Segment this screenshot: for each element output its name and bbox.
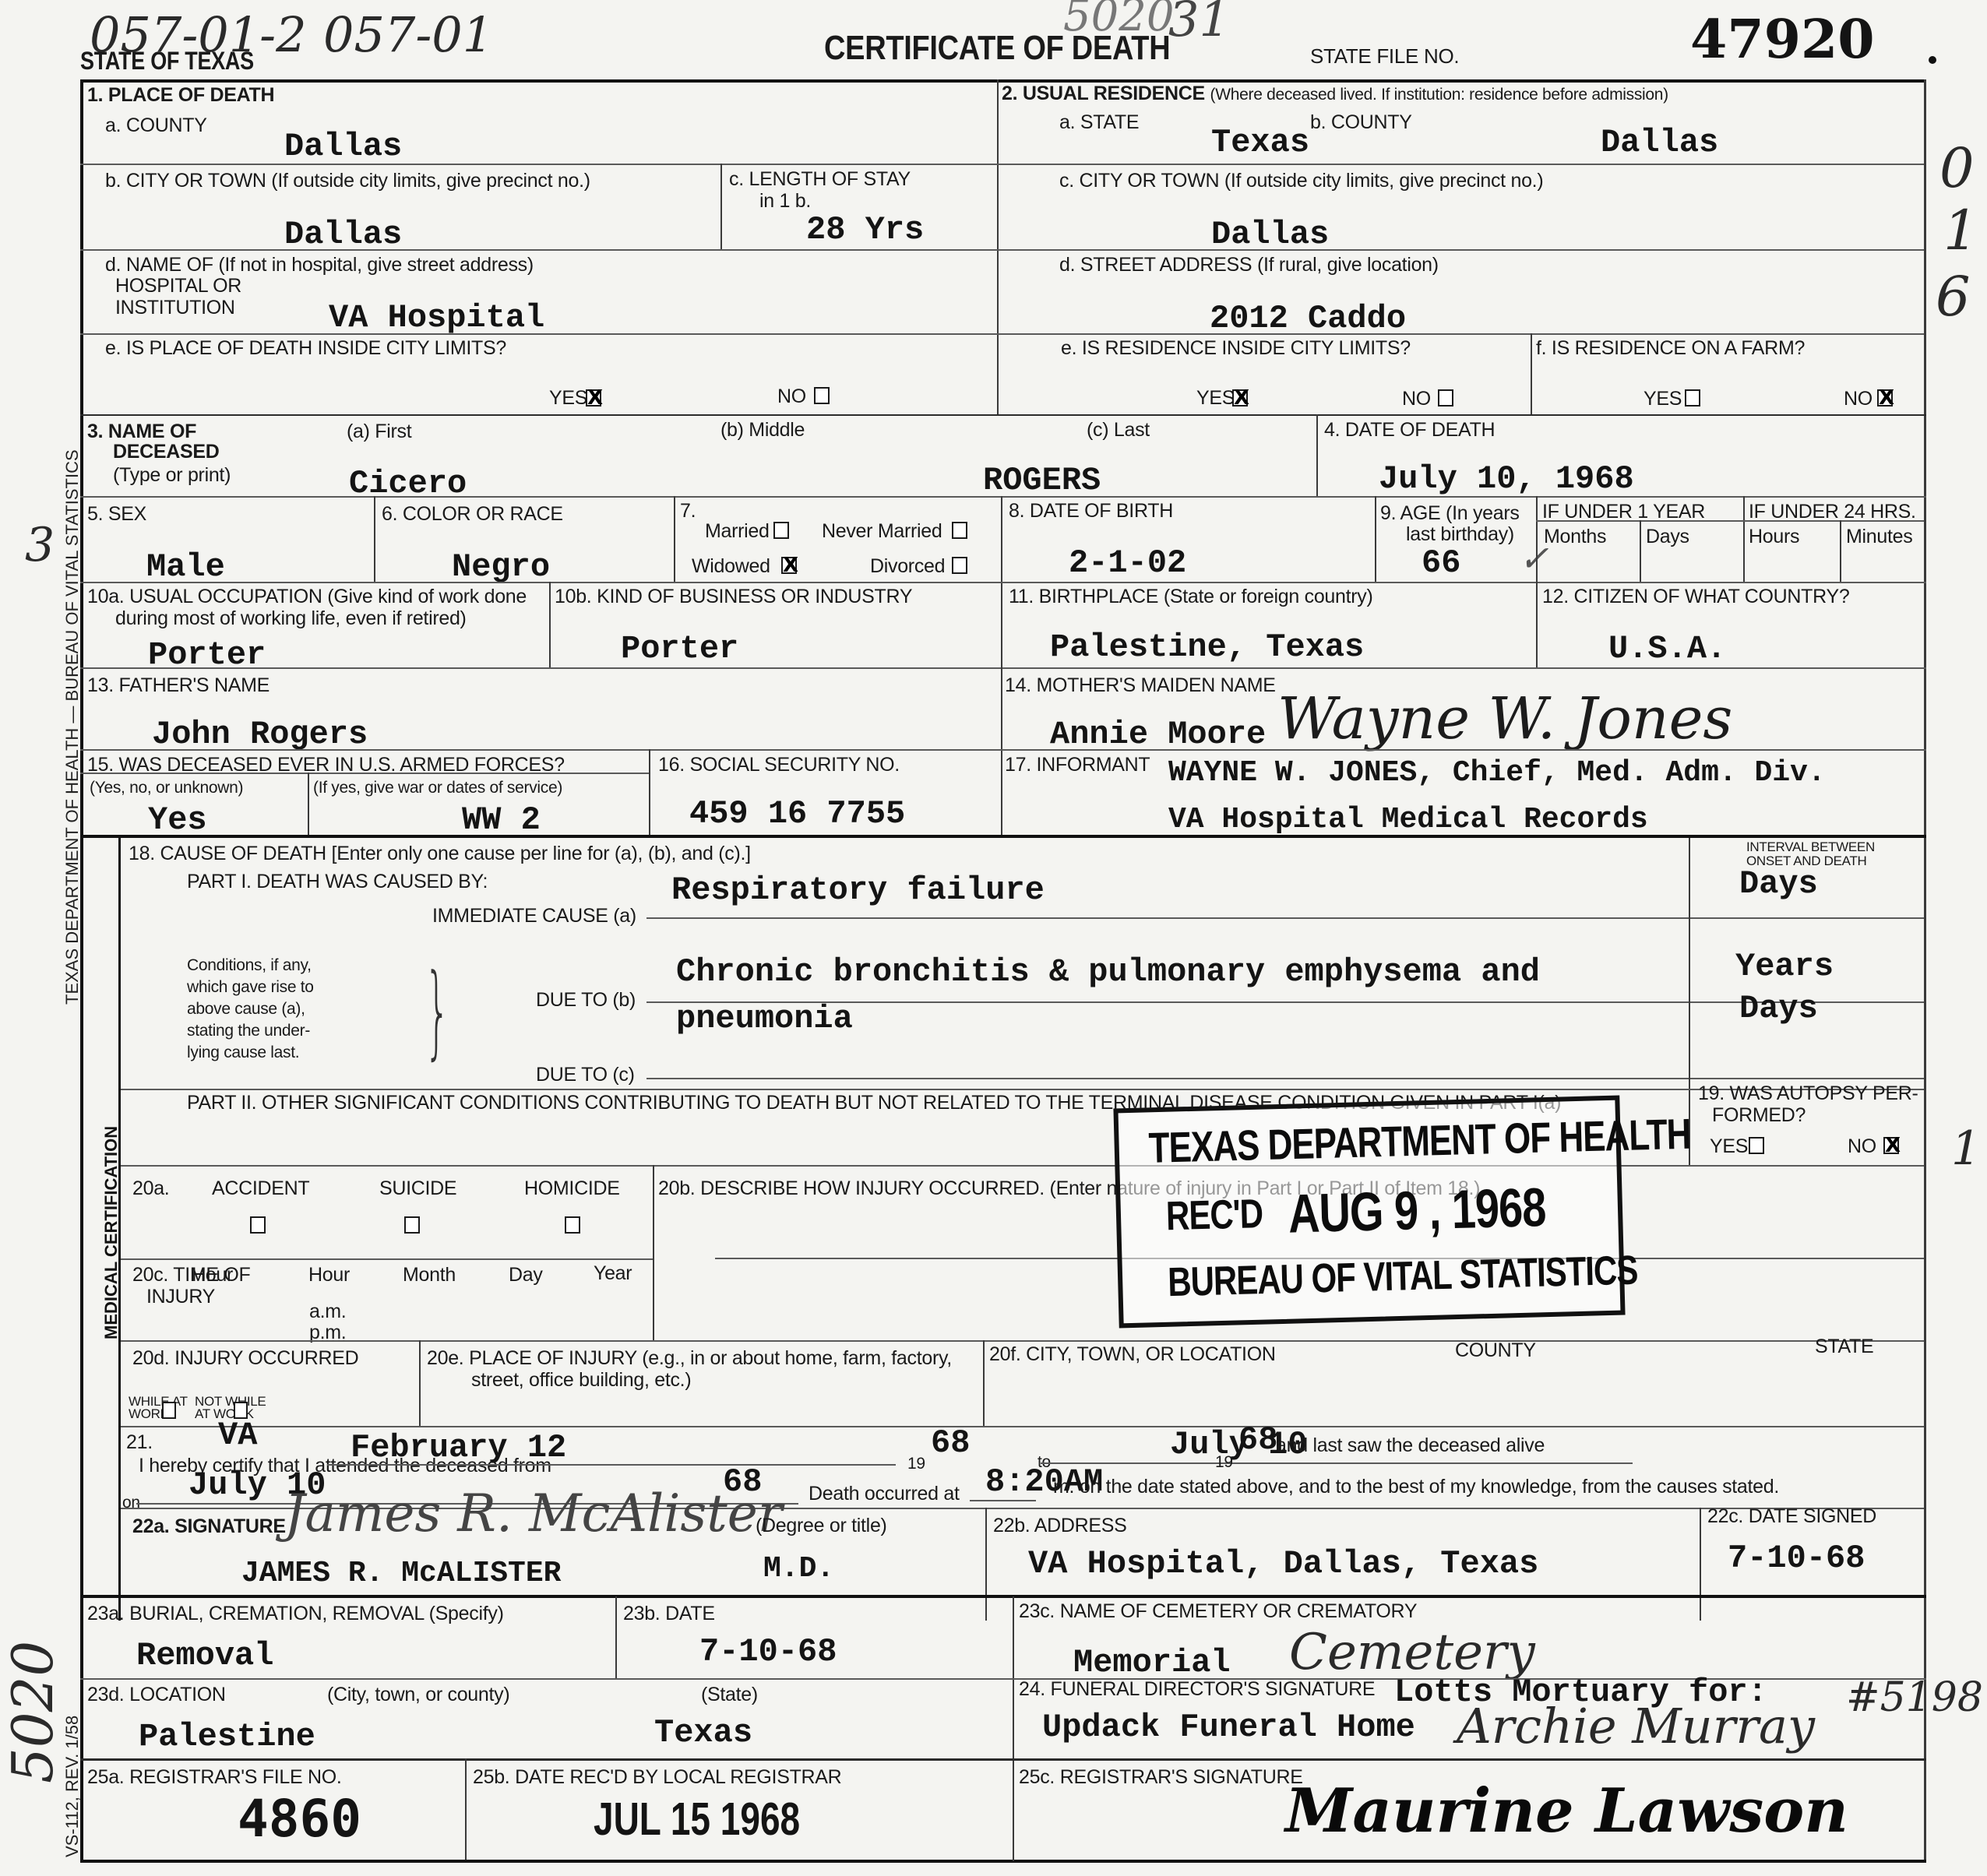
name-of-deceased-label-3: (Type or print): [113, 464, 231, 486]
section-rule: [80, 1595, 1926, 1598]
inside-limits-label: e. IS PLACE OF DEATH INSIDE CITY LIMITS?: [105, 337, 506, 359]
row-rule: [997, 164, 1924, 165]
usual-residence-title: 2. USUAL RESIDENCE: [1002, 83, 1205, 104]
industry-value: Porter: [621, 631, 738, 667]
day-label: Day: [509, 1264, 543, 1286]
sex-label: 5. SEX: [87, 503, 146, 525]
date-of-birth-label: 8. DATE OF BIRTH: [1009, 500, 1173, 522]
cemetery-label: 23c. NAME OF CEMETERY OR CREMATORY: [1019, 1600, 1417, 1622]
cell-divider: [1743, 496, 1745, 582]
row-rule: [80, 582, 1926, 583]
cemetery-typed: Memorial: [1073, 1645, 1231, 1681]
war-service-label: (If yes, give war or dates of service): [313, 779, 562, 797]
row-rule: [121, 1165, 1924, 1167]
attended-from-date: February 12: [351, 1430, 566, 1466]
immediate-cause-label: IMMEDIATE CAUSE (a): [432, 905, 636, 927]
funeral-director-line-2: Updack Funeral Home: [1042, 1709, 1415, 1745]
handwritten-margin-3: 3: [25, 518, 55, 572]
autopsy-label: 19. WAS AUTOPSY PER-: [1698, 1082, 1918, 1104]
inside-limits-no-checkbox[interactable]: [814, 387, 830, 404]
farm-no-label: NO: [1844, 388, 1873, 410]
cause-line-a: [646, 917, 1924, 919]
age-value: 66: [1422, 545, 1460, 581]
conditions-note-1: Conditions, if any,: [187, 956, 312, 975]
injury-state-label: STATE: [1815, 1336, 1873, 1357]
ssn-label: 16. SOCIAL SECURITY NO.: [658, 754, 900, 776]
stamp-line-1: TEXAS DEPARTMENT OF HEALTH: [1148, 1110, 1691, 1174]
date-of-death-label: 4. DATE OF DEATH: [1324, 419, 1495, 441]
stamp-line-3: BUREAU OF VITAL STATISTICS: [1168, 1247, 1639, 1306]
row-rule: [80, 667, 1926, 669]
handwritten-margin-5020: 5020: [0, 1641, 65, 1783]
interval-a-value: Days: [1739, 866, 1818, 902]
marital-status-number: 7.: [680, 500, 696, 522]
place-of-death-label: 1. PLACE OF DEATH: [87, 84, 274, 106]
occupation-label: 10a. USUAL OCCUPATION (Give kind of work…: [87, 586, 527, 607]
under-24-hours-label: IF UNDER 24 HRS.: [1749, 501, 1916, 523]
institution-value: VA Hospital: [329, 300, 544, 336]
farm-no-checkbox[interactable]: X: [1877, 389, 1893, 407]
state-of-texas-label: STATE OF TEXAS: [80, 48, 254, 74]
row-rule: [121, 1258, 653, 1260]
days-label: Days: [1646, 526, 1689, 547]
due-to-b-value-1: Chronic bronchitis & pulmonary emphysema…: [676, 954, 1540, 990]
residence-state-label: a. STATE: [1059, 111, 1139, 133]
usual-residence-label: 2. USUAL RESIDENCE (Where deceased lived…: [1002, 83, 1668, 104]
last-saw-text: and last saw the deceased alive: [1276, 1434, 1545, 1456]
city-label: b. CITY OR TOWN (If outside city limits,…: [105, 170, 590, 192]
medical-certification-border: [118, 838, 121, 1621]
cell-divider: [465, 1758, 467, 1860]
cell-divider: [615, 1596, 617, 1678]
certification-number: 21.: [126, 1431, 153, 1453]
residence-county-label: b. COUNTY: [1310, 111, 1412, 133]
cell-divider: [1531, 333, 1532, 414]
months-label: Months: [1544, 526, 1606, 547]
conditions-note-3: above cause (a),: [187, 1000, 305, 1019]
residence-inside-limits-label: e. IS RESIDENCE INSIDE CITY LIMITS?: [1061, 337, 1411, 359]
row-rule: [997, 249, 1924, 251]
funeral-director-signature: Archie Murray: [1457, 1698, 1815, 1755]
cell-divider: [649, 749, 650, 835]
street-address-label: d. STREET ADDRESS (If rural, give locati…: [1059, 254, 1439, 276]
interval-b-value-2: Days: [1739, 991, 1818, 1026]
residence-inside-no-checkbox[interactable]: [1438, 389, 1453, 407]
registrar-signature: Maurine Lawson: [1285, 1776, 1848, 1846]
residence-inside-yes-label: YES: [1196, 387, 1235, 409]
war-service-value: WW 2: [462, 802, 541, 838]
residence-state-value: Texas: [1211, 125, 1309, 160]
cell-divider: [1840, 520, 1841, 582]
residence-city-value: Dallas: [1211, 216, 1329, 252]
autopsy-no-label: NO: [1848, 1135, 1876, 1157]
stamp-received-date: AUG 9 , 1968: [1288, 1175, 1546, 1245]
last-name-label: (c) Last: [1087, 419, 1150, 441]
interval-label: INTERVAL BETWEEN: [1746, 839, 1875, 855]
disposition-date-value: 7-10-68: [699, 1634, 837, 1670]
middle-name-label: (b) Middle: [720, 419, 805, 441]
industry-label: 10b. KIND OF BUSINESS OR INDUSTRY: [555, 586, 912, 607]
residence-city-label: c. CITY OR TOWN (If outside city limits,…: [1059, 170, 1543, 192]
bottom-rule: [80, 1860, 1926, 1863]
row-rule: [997, 333, 1924, 335]
cell-divider: [1640, 520, 1641, 582]
farm-yes-label: YES: [1644, 388, 1682, 410]
hour-label: Hour: [192, 1264, 233, 1286]
cell-divider: [1013, 1596, 1014, 1861]
hour-label-x: Hour: [308, 1264, 350, 1286]
county-label: a. COUNTY: [105, 114, 207, 136]
institution-label-2: HOSPITAL OR: [115, 275, 241, 297]
race-value: Negro: [452, 549, 550, 585]
nineteen-label-2: 19: [1215, 1453, 1233, 1472]
homicide-label: HOMICIDE: [524, 1177, 620, 1199]
date-line: [327, 1464, 896, 1466]
received-stamp: TEXAS DEPARTMENT OF HEALTH REC'D AUG 9 ,…: [1113, 1096, 1625, 1329]
cell-divider: [419, 1340, 421, 1426]
minutes-label: Minutes: [1846, 526, 1912, 547]
informant-signature: Wayne W. Jones: [1277, 685, 1732, 752]
row-rule: [80, 1758, 1926, 1761]
registrar-file-no-label: 25a. REGISTRAR'S FILE NO.: [87, 1766, 342, 1788]
length-of-stay-sublabel: in 1 b.: [759, 190, 811, 212]
injury-20a-number: 20a.: [132, 1177, 169, 1199]
date-signed-label: 22c. DATE SIGNED: [1707, 1505, 1876, 1527]
local-registrar-date-label: 25b. DATE REC'D BY LOCAL REGISTRAR: [473, 1766, 841, 1788]
row-rule: [80, 249, 997, 251]
citizen-label: 12. CITIZEN OF WHAT COUNTRY?: [1542, 586, 1849, 607]
mother-maiden-name-value: Annie Moore: [1050, 716, 1266, 752]
father-name-label: 13. FATHER'S NAME: [87, 674, 270, 696]
cause-of-death-label: 18. CAUSE OF DEATH [Enter only one cause…: [129, 843, 751, 864]
funeral-director-label: 24. FUNERAL DIRECTOR'S SIGNATURE: [1019, 1678, 1375, 1700]
cell-divider: [1536, 496, 1538, 582]
occupation-label-2: during most of working life, even if ret…: [115, 607, 467, 629]
length-of-stay-value: 28 Yrs: [806, 212, 924, 248]
under-one-year-label: IF UNDER 1 YEAR: [1542, 501, 1705, 523]
cell-divider: [653, 1165, 654, 1340]
residence-county-value: Dallas: [1601, 125, 1718, 160]
state-file-no-label: STATE FILE NO.: [1310, 45, 1459, 67]
statement-text: m. on the date stated above, and to the …: [1053, 1476, 1779, 1498]
birthplace-label: 11. BIRTHPLACE (State or foreign country…: [1009, 586, 1373, 607]
ssn-value: 459 16 7755: [689, 796, 905, 832]
stamp-received-label: REC'D: [1165, 1191, 1263, 1240]
date-line: [1041, 1462, 1633, 1464]
location-city-value: Palestine: [139, 1719, 315, 1755]
never-married-checkbox[interactable]: [952, 522, 967, 539]
handwritten-code-4: 31: [1168, 0, 1230, 48]
va-insert: VA: [218, 1417, 257, 1453]
race-label: 6. COLOR OR RACE: [382, 503, 563, 525]
first-name-label: (a) First: [347, 421, 411, 442]
row-rule: [1536, 520, 1924, 522]
brace-icon: }: [425, 956, 450, 1065]
cell-divider: [1001, 496, 1002, 683]
length-of-stay-label: c. LENGTH OF STAY: [729, 168, 911, 190]
name-of-deceased-label: 3. NAME OF: [87, 421, 196, 442]
month-label: Month: [403, 1264, 456, 1286]
place-city-value: Dallas: [284, 216, 402, 252]
handwritten-right-0: 0: [1939, 136, 1975, 200]
disposition-date-label: 23b. DATE: [623, 1603, 715, 1624]
row-rule: [80, 496, 1926, 498]
attended-to-year: 68: [1238, 1422, 1277, 1458]
cell-divider: [985, 1508, 987, 1621]
address-value: VA Hospital, Dallas, Texas: [1028, 1546, 1538, 1582]
conditions-note-4: stating the under-: [187, 1022, 310, 1040]
accident-checkbox[interactable]: [250, 1216, 266, 1234]
conditions-note-5: lying cause last.: [187, 1044, 299, 1062]
date-of-birth-value: 2-1-02: [1069, 545, 1186, 581]
location-state-label: (State): [701, 1684, 758, 1705]
location-state-value: Texas: [654, 1715, 752, 1751]
cause-line-c: [646, 1078, 1924, 1079]
informant-line-2: VA Hospital Medical Records: [1168, 802, 1648, 838]
interval-b-value-1: Years: [1735, 949, 1834, 984]
due-to-b-value-2: pneumonia: [676, 1001, 853, 1037]
handwritten-right-1: 1: [1943, 199, 1978, 262]
cell-divider: [374, 496, 375, 582]
inside-limits-no-label: NO: [777, 385, 806, 407]
injury-county-label: COUNTY: [1455, 1339, 1536, 1361]
handwritten-right-lower: 1: [1951, 1121, 1981, 1176]
cell-divider: [1700, 1508, 1701, 1621]
autopsy-no-checkbox[interactable]: X: [1883, 1137, 1899, 1154]
state-file-number: 47920: [1690, 11, 1875, 69]
injury-city-label: 20f. CITY, TOWN, OR LOCATION: [989, 1343, 1276, 1365]
immediate-cause-value: Respiratory failure: [671, 872, 1045, 908]
mother-maiden-name-label: 14. MOTHER'S MAIDEN NAME: [1005, 674, 1276, 696]
row-rule: [121, 1340, 1924, 1342]
divorced-checkbox[interactable]: [952, 557, 967, 574]
inside-limits-yes-label: YES: [549, 387, 587, 409]
divider-1-2: [997, 79, 999, 414]
autopsy-label-2: FORMED?: [1712, 1104, 1806, 1126]
address-label: 22b. ADDRESS: [993, 1515, 1127, 1536]
time-of-injury-label-2: INJURY: [146, 1286, 215, 1308]
farm-label: f. IS RESIDENCE ON A FARM?: [1536, 337, 1805, 359]
registrar-file-no-value: 4860: [238, 1791, 361, 1847]
time-line: [970, 1500, 1036, 1501]
age-label-2: last birthday): [1406, 523, 1514, 545]
cell-divider: [1375, 496, 1376, 582]
handwritten-right-6: 6: [1936, 265, 1971, 329]
row-rule: [80, 749, 1926, 751]
local-registrar-date-value: JUL 15 1968: [594, 1795, 800, 1842]
conditions-note-2: which gave rise to: [187, 978, 314, 997]
inside-limits-yes-checkbox[interactable]: X: [586, 389, 601, 407]
date-signed-value: 7-10-68: [1728, 1540, 1865, 1576]
informant-label: 17. INFORMANT: [1005, 754, 1150, 776]
suicide-label: SUICIDE: [379, 1177, 456, 1199]
farm-yes-checkbox[interactable]: [1685, 389, 1700, 407]
physician-name: JAMES R. McALISTER: [241, 1556, 561, 1592]
birthplace-value: Palestine, Texas: [1050, 629, 1364, 665]
cell-divider: [674, 496, 675, 582]
cemetery-handwritten: Cemetery: [1289, 1624, 1535, 1681]
father-name-value: John Rogers: [152, 716, 368, 752]
cell-divider: [1536, 582, 1538, 667]
hours-label: Hours: [1749, 526, 1799, 547]
while-at-work-checkbox[interactable]: [162, 1402, 176, 1419]
section-rule: [80, 835, 1926, 838]
divorced-label: Divorced: [870, 555, 945, 577]
row-rule: [121, 1089, 1924, 1090]
row-rule: [80, 333, 997, 335]
funeral-handwritten-number: #5198: [1846, 1674, 1983, 1721]
armed-forces-sub-label: (Yes, no, or unknown): [90, 779, 243, 797]
residence-inside-no-label: NO: [1402, 388, 1431, 410]
cell-divider: [720, 164, 722, 249]
residence-inside-yes-checkbox[interactable]: X: [1232, 389, 1248, 407]
due-to-b-label: DUE TO (b): [536, 989, 636, 1011]
registrar-signature-label: 25c. REGISTRAR'S SIGNATURE: [1019, 1766, 1303, 1788]
cell-divider: [1001, 667, 1002, 835]
institution-label-3: INSTITUTION: [115, 297, 235, 319]
homicide-checkbox[interactable]: [565, 1216, 580, 1234]
signature-label: 22a. SIGNATURE: [132, 1515, 286, 1537]
place-county-value: Dallas: [284, 128, 402, 164]
name-of-deceased-label-2: DECEASED: [113, 441, 220, 463]
autopsy-yes-checkbox[interactable]: [1749, 1137, 1764, 1154]
due-to-c-label: DUE TO (c): [536, 1064, 635, 1086]
cell-divider: [1316, 414, 1318, 496]
suicide-checkbox[interactable]: [404, 1216, 420, 1234]
place-of-injury-label-2: street, office building, etc.): [471, 1369, 691, 1391]
cell-divider: [549, 582, 551, 667]
degree-value: M.D.: [763, 1551, 834, 1587]
degree-label: (Degree or title): [756, 1515, 887, 1536]
row-rule: [80, 414, 1926, 416]
married-checkbox[interactable]: [773, 522, 789, 539]
row-rule: [80, 773, 649, 774]
row-rule: [80, 164, 997, 165]
informant-line-1: WAYNE W. JONES, Chief, Med. Adm. Div.: [1168, 755, 1826, 791]
accident-label: ACCIDENT: [212, 1177, 309, 1199]
year-label: Year: [594, 1262, 632, 1284]
date-of-death-value: July 10, 1968: [1379, 461, 1634, 497]
certificate-title: CERTIFICATE OF DEATH: [824, 29, 1170, 69]
never-married-label: Never Married: [822, 520, 942, 542]
location-city-label: (City, town, or county): [327, 1684, 509, 1705]
usual-residence-note: (Where deceased lived. If institution: r…: [1210, 86, 1668, 104]
place-of-injury-label: 20e. PLACE OF INJURY (e.g., in or about …: [427, 1347, 952, 1369]
location-label: 23d. LOCATION: [87, 1684, 226, 1705]
cell-divider: [308, 773, 309, 835]
disposition-value: Removal: [136, 1638, 273, 1674]
ink-dot: [1929, 56, 1936, 64]
death-occurred-label: Death occurred at: [809, 1483, 960, 1505]
married-label: Married: [705, 520, 770, 542]
street-address-value: 2012 Caddo: [1210, 301, 1406, 336]
armed-forces-value: Yes: [148, 802, 207, 838]
age-label: 9. AGE (In years: [1380, 502, 1520, 524]
physician-signature: James R. McAlister: [284, 1484, 782, 1543]
am-label: a.m.: [309, 1301, 346, 1322]
row-rule: [121, 1426, 1924, 1427]
nineteen-label: 19: [907, 1455, 925, 1473]
attended-from-year: 68: [931, 1425, 970, 1461]
widowed-label: Widowed: [692, 555, 770, 577]
citizen-value: U.S.A.: [1608, 631, 1726, 667]
institution-label: d. NAME OF (If not in hospital, give str…: [105, 254, 534, 276]
widowed-checkbox[interactable]: X: [781, 557, 797, 574]
disposition-label: 23a. BURIAL, CREMATION, REMOVAL (Specify…: [87, 1603, 504, 1624]
injury-occurred-label: 20d. INJURY OCCURRED: [132, 1347, 358, 1369]
autopsy-yes-label: YES: [1710, 1135, 1748, 1157]
part-one-label: PART I. DEATH WAS CAUSED BY:: [187, 871, 488, 892]
cell-divider: [983, 1340, 985, 1426]
sex-value: Male: [146, 549, 225, 585]
last-name-value: ROGERS: [983, 463, 1101, 498]
handwritten-code-2: 057-01: [323, 6, 493, 63]
